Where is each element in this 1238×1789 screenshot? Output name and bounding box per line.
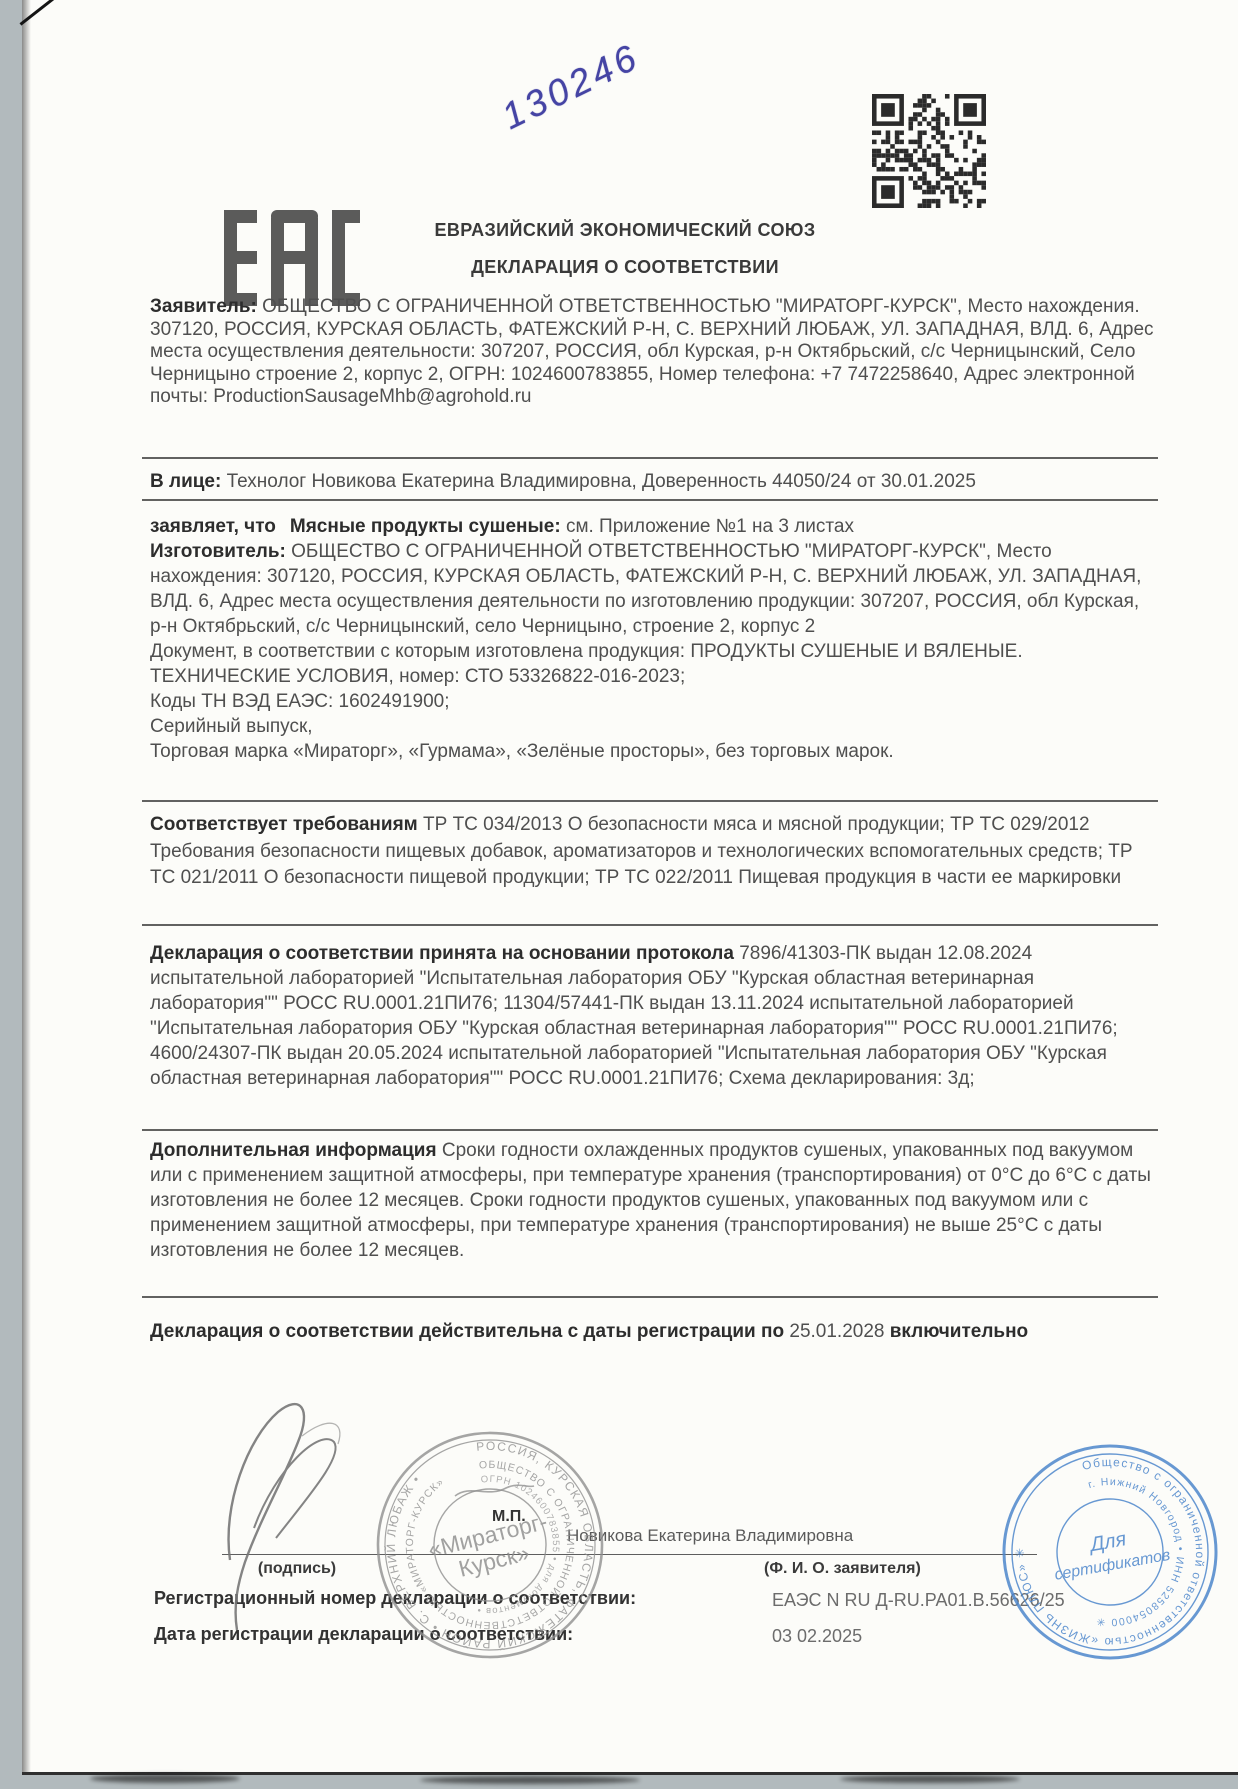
gray-stamp-ring2-text: ОБЩЕСТВО С ОГРАНИЧЕННОЙ ОТВЕТСТВЕННОСТЬЮ… [393,1448,587,1642]
manufacturer-label: Изготовитель: [150,541,286,562]
scan-corner-artifact [20,0,55,26]
basis-text: 7896/41303-ПК выдан 12.08.2024 испытател… [150,943,1118,1089]
basis-paragraph: Декларация о соответствии принята на осн… [150,941,1155,1091]
qr-code [872,94,986,208]
declares-label: заявляет, что [150,516,276,537]
serial-release-text: Серийный выпуск, [150,714,1155,739]
validity-paragraph: Декларация о соответствии действительна … [150,1320,1155,1344]
signature-line [222,1554,1037,1555]
registration-date-label: Дата регистрации декларации о соответств… [154,1624,573,1645]
separator-line [142,499,1158,501]
basis-label: Декларация о соответствии принята на осн… [150,943,734,964]
separator-line [142,924,1158,926]
scan-shadow-artifact [420,1776,640,1784]
blue-stamp-center-line1: Для [1087,1528,1129,1556]
gray-stamp-center-line2: Курск» [456,1539,532,1582]
product-note: см. Приложение №1 на 3 листах [566,516,854,537]
trademarks-text: Торговая марка «Мираторг», «Гурмама», «З… [150,739,1155,764]
separator-line [142,457,1158,459]
declaration-title: ДЕКЛАРАЦИЯ О СООТВЕТСТВИИ [150,257,1100,278]
product-name: Мясные продукты сушеные: [290,516,561,537]
scanner-background: 130246 ЕВРАЗИЙСКИЙ ЭКОНОМИЧЕСКИЙ СОЮЗ ДЕ… [0,0,1238,1789]
blue-stamp-center-line2: сертификатов [1053,1547,1171,1584]
blue-stamp-ring2-text: г. Нижний Новгород • ИНН 5258054000 ✳ [1051,1456,1206,1636]
declares-line: заявляет, чтоМясные продукты сушеные: см… [150,514,1155,539]
representative-text: Технолог Новикова Екатерина Владимировна… [227,471,976,492]
representative-paragraph: В лице: Технолог Новикова Екатерина Влад… [150,470,1155,493]
document-standard-text: Документ, в соответствии с которым изгот… [150,639,1155,689]
applicant-text: ОБЩЕСТВО С ОГРАНИЧЕННОЙ ОТВЕТСТВЕННОСТЬЮ… [150,296,1154,407]
scan-shadow-artifact [90,1774,240,1783]
registration-date-value: 03 02.2025 [772,1626,862,1647]
applicant-label: Заявитель: [150,296,257,317]
name-caption: (Ф. И. О. заявителя) [764,1560,921,1578]
additional-info-label: Дополнительная информация [150,1140,437,1161]
separator-line [142,800,1158,802]
separator-line [142,1129,1158,1131]
registration-number-value: ЕАЭС N RU Д-RU.РА01.В.56626/25 [772,1590,1065,1611]
scan-shadow-artifact [840,1775,1020,1783]
manufacturer-line: Изготовитель: ОБЩЕСТВО С ОГРАНИЧЕННОЙ ОТ… [150,539,1155,639]
additional-info-paragraph: Дополнительная информация Сроки годности… [150,1138,1155,1263]
compliance-paragraph: Соответствует требованиям ТР ТС 034/2013… [150,812,1155,892]
applicant-name: Новикова Екатерина Владимировна [567,1526,853,1546]
union-title: ЕВРАЗИЙСКИЙ ЭКОНОМИЧЕСКИЙ СОЮЗ [150,220,1100,241]
validity-label: Декларация о соответствии действительна … [150,1321,784,1342]
svg-text:ОБЩЕСТВО С ОГРАНИЧЕННОЙ ОТВЕТС: ОБЩЕСТВО С ОГРАНИЧЕННОЙ ОТВЕТСТВЕННОСТЬЮ… [393,1448,587,1642]
separator-line [142,1296,1158,1298]
registration-number-label: Регистрационный номер декларации о соотв… [154,1588,636,1609]
compliance-label: Соответствует требованиям [150,814,418,835]
document-page: 130246 ЕВРАЗИЙСКИЙ ЭКОНОМИЧЕСКИЙ СОЮЗ ДЕ… [22,0,1238,1775]
applicant-paragraph: Заявитель: ОБЩЕСТВО С ОГРАНИЧЕННОЙ ОТВЕТ… [150,296,1155,409]
svg-text:Общество с ограниченной ответс: Общество с ограниченной ответственностью… [988,1430,1233,1675]
signature-caption: (подпись) [227,1560,367,1578]
mp-mark: М.П. [492,1508,526,1526]
product-declaration-block: заявляет, чтоМясные продукты сушеные: см… [150,514,1155,764]
svg-text:г. Нижний Новгород • ИНН 52580: г. Нижний Новгород • ИНН 5258054000 ✳ [1051,1456,1206,1636]
blue-stamp-ring1-text: Общество с ограниченной ответственностью… [988,1430,1233,1675]
manufacturer-text: ОБЩЕСТВО С ОГРАНИЧЕННОЙ ОТВЕТСТВЕННОСТЬЮ… [150,541,1141,637]
representative-label: В лице: [150,471,221,492]
validity-date: 25.01.2028 [789,1321,884,1342]
handwritten-registry-number: 130246 [496,36,647,138]
tn-ved-codes-text: Коды ТН ВЭД ЕАЭС: 1602491900; [150,689,1155,714]
validity-suffix: включительно [890,1321,1028,1342]
certification-blue-stamp: Общество с ограниченной ответственностью… [976,1418,1238,1685]
